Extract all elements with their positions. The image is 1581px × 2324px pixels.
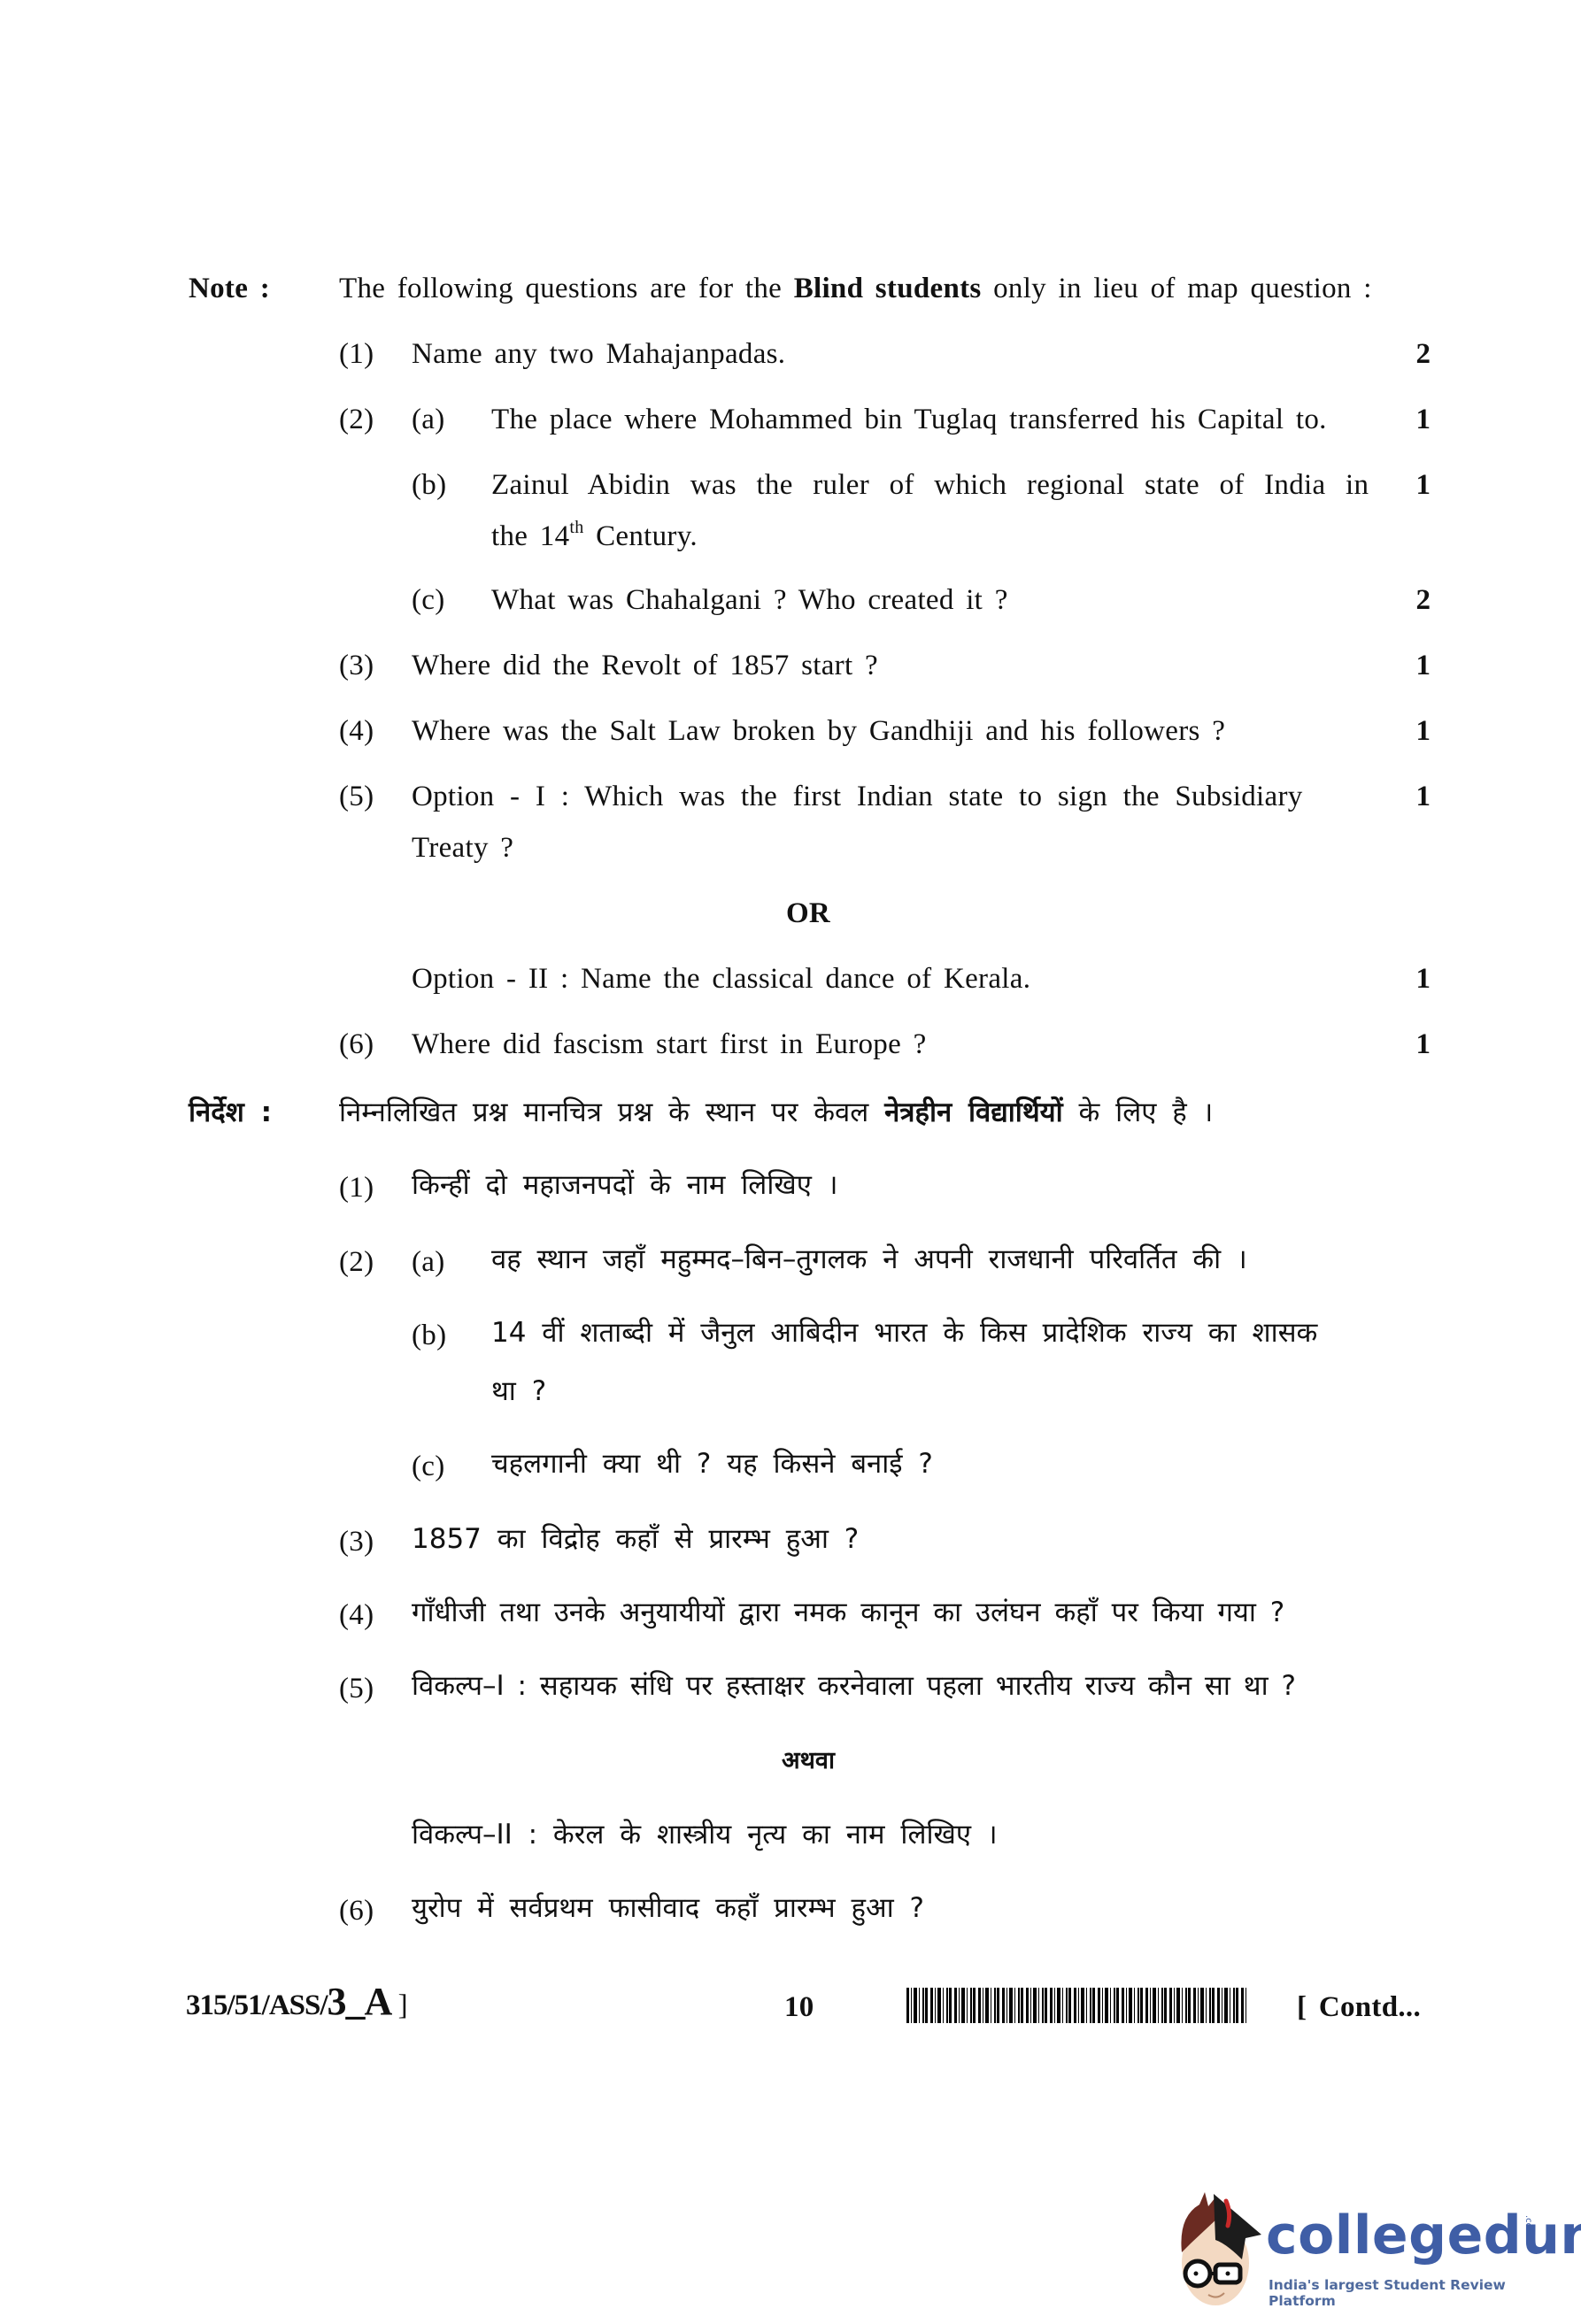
option-2-text: Option - II : Name the classical dance o… bbox=[412, 965, 1030, 994]
question-text-hindi: गाँधीजी तथा उनके अनुयायीयों द्वारा नमक क… bbox=[412, 1599, 1284, 1627]
question-text-hindi: युरोप में सर्वप्रथम फासीवाद कहाँ प्रारम्… bbox=[412, 1895, 924, 1922]
text: Century. bbox=[584, 520, 698, 552]
question-marks: 1 bbox=[1407, 405, 1431, 435]
superscript: th bbox=[569, 518, 583, 537]
subquestion-letter: (a) bbox=[412, 1248, 445, 1277]
note-text-pre: निम्नलिखित प्रश्न मानचित्र प्रश्न के स्थ… bbox=[339, 1097, 884, 1128]
note-text-pre: The following questions are for the bbox=[339, 273, 794, 304]
brand-domain: .com bbox=[1523, 2215, 1533, 2237]
question-number: (3) bbox=[339, 1528, 374, 1557]
note-text-post: only in lieu of map question : bbox=[982, 273, 1372, 304]
question-text-hindi: किन्हीं दो महाजनपदों के नाम लिखिए । bbox=[412, 1172, 837, 1199]
question-number: (1) bbox=[339, 340, 374, 369]
subquestion-text-hindi: 14 वीं शताब्दी में जैनुल आबिदीन भारत के … bbox=[491, 1320, 1317, 1347]
question-text: Where did the Revolt of 1857 start ? bbox=[412, 651, 878, 681]
note-text-post: के लिए है । bbox=[1063, 1097, 1214, 1128]
student-mascot-icon bbox=[1173, 2182, 1270, 2314]
subquestion-letter: (a) bbox=[412, 405, 445, 435]
hindi-note-text: निम्नलिखित प्रश्न मानचित्र प्रश्न के स्थ… bbox=[339, 1099, 1213, 1127]
question-number: (4) bbox=[339, 1601, 374, 1630]
subquestion-text: Zainul Abidin was the ruler of which reg… bbox=[491, 471, 1369, 500]
question-marks: 1 bbox=[1407, 782, 1431, 812]
subquestion-text-hindi: वह स्थान जहाँ महुम्मद–बिन–तुगलक ने अपनी … bbox=[491, 1246, 1247, 1274]
question-text-hindi: 1857 का विद्रोह कहाँ से प्रारम्भ हुआ ? bbox=[412, 1526, 859, 1553]
brand-name: collegedunia bbox=[1266, 2205, 1581, 2266]
question-number: (2) bbox=[339, 1248, 374, 1277]
question-text: Where was the Salt Law broken by Gandhij… bbox=[412, 717, 1225, 746]
subquestion-letter: (b) bbox=[412, 1321, 446, 1351]
question-marks: 1 bbox=[1407, 717, 1431, 746]
question-number: (2) bbox=[339, 405, 374, 435]
option-1-text-cont: Treaty ? bbox=[412, 834, 513, 863]
question-number: (1) bbox=[339, 1174, 374, 1203]
paper-code-prefix: 315/51/ASS/ bbox=[186, 1989, 328, 2021]
note-label: Note : bbox=[189, 274, 270, 304]
question-number: (4) bbox=[339, 717, 374, 746]
question-marks: 1 bbox=[1407, 965, 1431, 994]
or-separator: OR bbox=[0, 899, 1581, 928]
note-text-bold: नेत्रहीन विद्यार्थियों bbox=[884, 1097, 1062, 1128]
option-2-text-hindi: विकल्प–II : केरल के शास्त्रीय नृत्य का न… bbox=[412, 1821, 998, 1849]
subquestion-letter: (c) bbox=[412, 1452, 445, 1481]
paper-code-set: 3_A bbox=[328, 1980, 392, 2023]
subquestion-letter: (b) bbox=[412, 471, 446, 500]
question-number: (5) bbox=[339, 782, 374, 812]
note-text: The following questions are for the Blin… bbox=[339, 274, 1372, 304]
subquestion-text-cont: the 14th Century. bbox=[491, 522, 698, 551]
subquestion-text: What was Chahalgani ? Who created it ? bbox=[491, 586, 1008, 615]
subquestion-letter: (c) bbox=[412, 586, 445, 615]
question-marks: 1 bbox=[1407, 471, 1431, 500]
question-marks: 1 bbox=[1407, 651, 1431, 681]
continued-label: [ Contd... bbox=[1297, 1993, 1421, 2022]
brand-tagline: India's largest Student Review Platform bbox=[1269, 2277, 1562, 2309]
subquestion-text: The place where Mohammed bin Tuglaq tran… bbox=[491, 405, 1327, 435]
question-text: Where did fascism start first in Europe … bbox=[412, 1030, 927, 1059]
paper-code: 315/51/ASS/3_A ] bbox=[186, 1982, 407, 2021]
hindi-note-label: निर्देश : bbox=[189, 1099, 272, 1127]
or-separator-hindi: अथवा bbox=[0, 1749, 1581, 1773]
question-number: (3) bbox=[339, 651, 374, 681]
question-number: (6) bbox=[339, 1897, 374, 1926]
barcode-icon bbox=[906, 1988, 1248, 2023]
page-number: 10 bbox=[784, 1993, 814, 2022]
question-marks: 1 bbox=[1407, 1030, 1431, 1059]
question-number: (6) bbox=[339, 1030, 374, 1059]
paper-code-suffix: ] bbox=[391, 1989, 406, 2021]
note-text-bold: Blind students bbox=[794, 273, 982, 304]
collegedunia-logo: collegedunia .com India's largest Studen… bbox=[1173, 2182, 1562, 2314]
subquestion-text-hindi: चहलगानी क्या थी ? यह किसने बनाई ? bbox=[491, 1451, 933, 1478]
question-number: (5) bbox=[339, 1674, 374, 1704]
option-1-text: Option - I : Which was the first Indian … bbox=[412, 782, 1303, 812]
question-marks: 2 bbox=[1407, 340, 1431, 369]
subquestion-text-hindi-cont: था ? bbox=[491, 1378, 546, 1405]
option-1-text-hindi: विकल्प–I : सहायक संधि पर हस्ताक्षर करनेव… bbox=[412, 1673, 1296, 1700]
text: the 14 bbox=[491, 520, 569, 552]
question-marks: 2 bbox=[1407, 586, 1431, 615]
question-text: Name any two Mahajanpadas. bbox=[412, 340, 785, 369]
